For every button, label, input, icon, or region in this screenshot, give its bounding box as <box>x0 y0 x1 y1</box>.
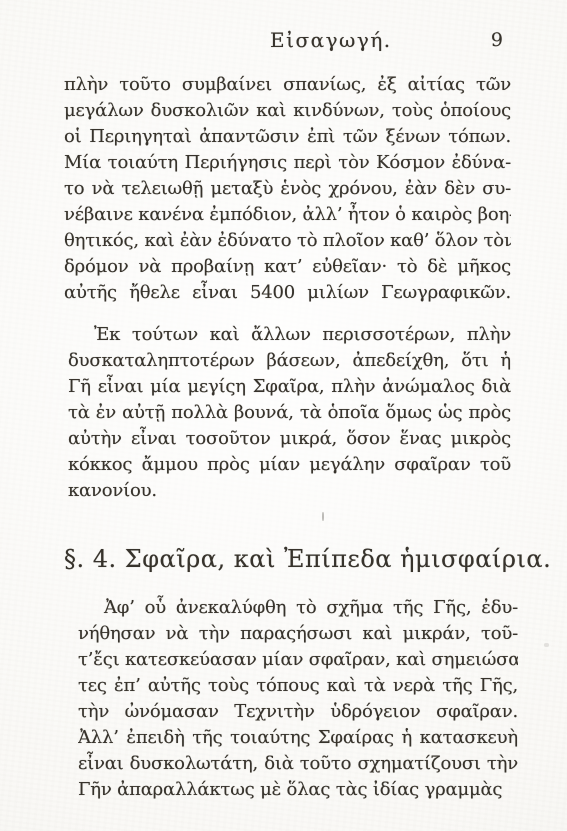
text-line: κόκκος ἄμμου πρὸς μίαν μεγάλην σφαῖραν τ… <box>68 452 511 478</box>
text-line: Γῆν ἀπαραλλάκτως μὲ ὅλας τὰς ἰδίας γραμμ… <box>78 777 518 803</box>
text-line: εἶναι δυσκολωτάτη, διὰ τοῦτο σχηματίζουσ… <box>78 751 518 777</box>
text-line: τ’ἔςι κατεσκεύασαν μίαν σφαῖραν, καὶ σημ… <box>78 647 518 673</box>
paragraph: πλὴν τοῦτο συμβαίνει σπανίως, ἐξ αἰτίας … <box>64 72 511 306</box>
scanned-book-page: Εἰσαγωγή. 9 πλὴν τοῦτο συμβαίνει σπανίως… <box>0 0 567 831</box>
scan-artifact-tick <box>322 512 324 521</box>
text-line: Ἀλλ’ ἐπειδὴ τῆς τοιαύτης Σφαίρας ἡ κατασ… <box>78 725 518 751</box>
text-line: Ἐκ τούτων καὶ ἄλλων περισσοτέρων, πλὴν <box>68 322 511 348</box>
text-line: μεγάλων δυσκολιῶν καὶ κινδύνων, τοὺς ὁπο… <box>64 98 511 124</box>
section-heading-text: §. 4. Σφαῖρα, καὶ Ἐπίπεδα ἡμισφαίρια. <box>64 544 511 574</box>
page-number: 9 <box>491 29 503 51</box>
paragraph: Ἐκ τούτων καὶ ἄλλων περισσοτέρων, πλὴνδυ… <box>68 322 511 504</box>
text-line: νέβαινε κανένα ἐμπόδιον, ἀλλ’ ἦτον ὁ και… <box>64 202 511 228</box>
text-line: αὐτὴν εἶναι τοσοῦτον μικρά, ὅσον ἕνας μι… <box>68 426 511 452</box>
text-line: δυσκαταληπτοτέρων βάσεων, ἀπεδείχθη, ὅτι… <box>68 348 511 374</box>
running-header: Εἰσαγωγή. 9 <box>64 28 511 56</box>
text-line: οἱ Περιηγηταὶ ἀπαντῶσιν ἐπὶ τῶν ξένων τό… <box>64 124 511 150</box>
text-line: νήθησαν νὰ τὴν παραςήσωσι καὶ μικράν, το… <box>78 621 518 647</box>
text-line: αὐτῆς ἤθελε εἶναι 5400 μιλίων Γεωγραφικῶ… <box>64 280 511 306</box>
running-title: Εἰσαγωγή. <box>270 28 392 52</box>
text-line: τὴν ὠνόμασαν Τεχνιτὴν ὑδρόγειον σφαῖραν. <box>78 699 518 725</box>
text-line: το νὰ τελειωθῇ μεταξὺ ἑνὸς χρόνου, ἐὰν δ… <box>64 176 511 202</box>
text-line: Γῆ εἶναι μία μεγίςη Σφαῖρα, πλὴν ἀνώμαλο… <box>68 374 511 400</box>
text-line: δρόμον νὰ προβαίνῃ κατ’ εὐθεῖαν· τὸ δὲ μ… <box>64 254 511 280</box>
text-line: θητικός, καὶ ἐὰν ἐδύνατο τὸ πλοῖον καθ’ … <box>64 228 511 254</box>
scan-artifact-smudge <box>544 643 549 647</box>
text-line: κανονίου. <box>68 478 511 504</box>
paragraph: Ἀφ’ οὗ ἀνεκαλύφθη τὸ σχῆμα τῆς Γῆς, ἐδυ-… <box>78 595 518 803</box>
text-line: Ἀφ’ οὗ ἀνεκαλύφθη τὸ σχῆμα τῆς Γῆς, ἐδυ- <box>78 595 518 621</box>
text-line: πλὴν τοῦτο συμβαίνει σπανίως, ἐξ αἰτίας … <box>64 72 511 98</box>
text-line: Μία τοιαύτη Περιήγησις περὶ τὸν Κόσμον ἐ… <box>64 150 511 176</box>
text-line: τες ἐπ’ αὐτῆς τοὺς τόπους καὶ τὰ νερὰ τῆ… <box>78 673 518 699</box>
text-line: τὰ ἐν αὐτῇ πολλὰ βουνά, τὰ ὁποῖα ὅμως ὡς… <box>68 400 511 426</box>
section-heading: §. 4. Σφαῖρα, καὶ Ἐπίπεδα ἡμισφαίρια. <box>64 544 511 574</box>
